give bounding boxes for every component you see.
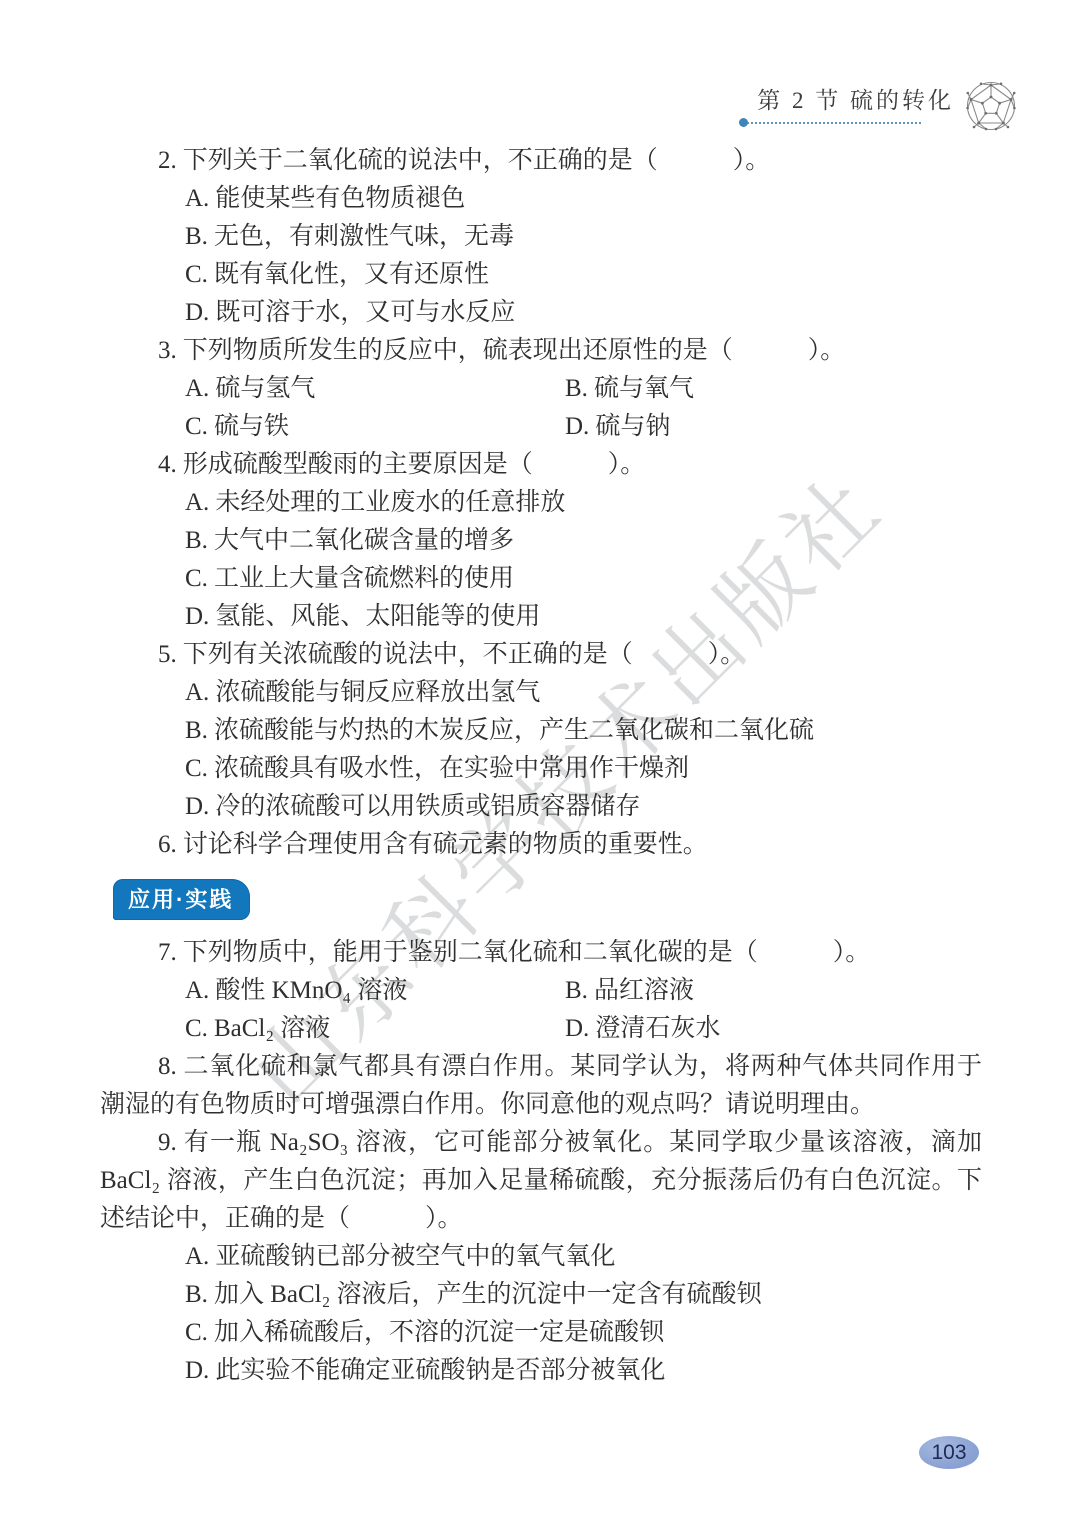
option-label: C. (185, 1319, 208, 1346)
option-label: C. (185, 1015, 208, 1042)
option: A.亚硫酸钠已部分被空气中的氧气氧化 (100, 1238, 982, 1276)
option: A.浓硫酸能与铜反应释放出氢气 (100, 674, 982, 712)
option-label: A. (185, 185, 209, 212)
option-text: 能使某些有色物质褪色 (215, 185, 465, 212)
question-2: 2.下列关于二氧化硫的说法中，不正确的是（ ）。 A.能使某些有色物质褪色 B.… (100, 142, 982, 332)
question-number: 6. (158, 831, 177, 858)
option: D.氢能、风能、太阳能等的使用 (100, 598, 982, 636)
question-stem: 讨论科学合理使用含有硫元素的物质的重要性。 (183, 831, 708, 858)
option: A.酸性 KMnO₄ 溶液 (185, 972, 565, 1010)
question-stem: 下列物质中，能用于鉴别二氧化硫和二氧化碳的是（ ）。 (183, 939, 871, 966)
option: C.既有氧化性，又有还原性 (100, 256, 982, 294)
question-stem: 有一瓶 Na₂SO₃ 溶液，它可能部分被氧化。某同学取少量该溶液，滴加 BaCl… (100, 1129, 982, 1232)
practice-badge: 应用·实践 (113, 879, 250, 920)
option: B.硫与氧气 (565, 370, 982, 408)
question-stem: 形成硫酸型酸雨的主要原因是（ ）。 (183, 451, 646, 478)
option: D.冷的浓硫酸可以用铁质或铝质容器储存 (100, 788, 982, 826)
question-number: 5. (158, 641, 177, 668)
option-label: C. (185, 565, 208, 592)
option-text: 亚硫酸钠已部分被空气中的氧气氧化 (215, 1243, 615, 1270)
option: C.硫与铁 (185, 408, 565, 446)
question-5: 5.下列有关浓硫酸的说法中，不正确的是（ ）。 A.浓硫酸能与铜反应释放出氢气 … (100, 636, 982, 826)
question-stem: 下列有关浓硫酸的说法中，不正确的是（ ）。 (183, 641, 746, 668)
option-label: C. (185, 755, 208, 782)
option-label: B. (185, 1281, 208, 1308)
option: D.此实验不能确定亚硫酸钠是否部分被氧化 (100, 1352, 982, 1390)
option-text: 未经处理的工业废水的任意排放 (215, 489, 565, 516)
dotted-rule (743, 122, 921, 124)
question-8: 8.二氧化硫和氯气都具有漂白作用。某同学认为，将两种气体共同作用于潮湿的有色物质… (100, 1048, 982, 1124)
option-text: 硫与氧气 (594, 375, 694, 402)
question-4: 4.形成硫酸型酸雨的主要原因是（ ）。 A.未经处理的工业废水的任意排放 B.大… (100, 446, 982, 636)
option-text: 浓硫酸能与灼热的木炭反应，产生二氧化碳和二氧化硫 (214, 717, 814, 744)
option-text: 冷的浓硫酸可以用铁质或铝质容器储存 (215, 793, 640, 820)
question-6: 6.讨论科学合理使用含有硫元素的物质的重要性。 (100, 826, 982, 864)
option-label: B. (185, 223, 208, 250)
question-3: 3.下列物质所发生的反应中，硫表现出还原性的是（ ）。 A.硫与氢气 B.硫与氧… (100, 332, 982, 446)
option: B.无色，有刺激性气味，无毒 (100, 218, 982, 256)
option-text: 无色，有刺激性气味，无毒 (214, 223, 514, 250)
option-text: 既可溶于水，又可与水反应 (215, 299, 515, 326)
option-label: D. (185, 793, 209, 820)
page-header: 第 2 节 硫的转化 (757, 78, 1018, 134)
option-text: 硫与氢气 (215, 375, 315, 402)
question-number: 7. (158, 939, 177, 966)
option-text: 加入 BaCl₂ 溶液后，产生的沉淀中一定含有硫酸钡 (214, 1281, 762, 1308)
option-text: 既有氧化性，又有还原性 (214, 261, 489, 288)
option-text: 工业上大量含硫燃料的使用 (214, 565, 514, 592)
option-label: D. (565, 413, 589, 440)
option: A.硫与氢气 (185, 370, 565, 408)
option: D.硫与钠 (565, 408, 982, 446)
page-number: 103 (931, 1441, 966, 1465)
question-number: 8. (158, 1053, 177, 1080)
page-number-badge: 103 (919, 1436, 979, 1469)
option-label: C. (185, 413, 208, 440)
question-stem: 二氧化硫和氯气都具有漂白作用。某同学认为，将两种气体共同作用于潮湿的有色物质时可… (100, 1053, 982, 1118)
option-text: 大气中二氧化碳含量的增多 (214, 527, 514, 554)
option: D.澄清石灰水 (565, 1010, 982, 1048)
option: C.工业上大量含硫燃料的使用 (100, 560, 982, 598)
exercise-body: 2.下列关于二氧化硫的说法中，不正确的是（ ）。 A.能使某些有色物质褪色 B.… (100, 142, 982, 1390)
question-number: 3. (158, 337, 177, 364)
option-text: 澄清石灰水 (595, 1015, 720, 1042)
question-stem: 下列物质所发生的反应中，硫表现出还原性的是（ ）。 (183, 337, 846, 364)
option-label: D. (185, 603, 209, 630)
option: B.浓硫酸能与灼热的木炭反应，产生二氧化碳和二氧化硫 (100, 712, 982, 750)
option-label: B. (565, 375, 588, 402)
option: C.BaCl₂ 溶液 (185, 1010, 565, 1048)
option-text: 浓硫酸能与铜反应释放出氢气 (215, 679, 540, 706)
option-label: C. (185, 261, 208, 288)
option: A.能使某些有色物质褪色 (100, 180, 982, 218)
option-label: D. (185, 1357, 209, 1384)
option-label: B. (185, 717, 208, 744)
question-number: 4. (158, 451, 177, 478)
option-text: 硫与钠 (595, 413, 670, 440)
option: C.加入稀硫酸后，不溶的沉淀一定是硫酸钡 (100, 1314, 982, 1352)
question-9: 9.有一瓶 Na₂SO₃ 溶液，它可能部分被氧化。某同学取少量该溶液，滴加 Ba… (100, 1124, 982, 1390)
option-text: 浓硫酸具有吸水性，在实验中常用作干燥剂 (214, 755, 689, 782)
option-label: D. (185, 299, 209, 326)
option-label: D. (565, 1015, 589, 1042)
question-7: 7.下列物质中，能用于鉴别二氧化硫和二氧化碳的是（ ）。 A.酸性 KMnO₄ … (100, 934, 982, 1048)
question-stem: 下列关于二氧化硫的说法中，不正确的是（ ）。 (183, 147, 771, 174)
option-label: A. (185, 1243, 209, 1270)
option-label: A. (185, 679, 209, 706)
option: B.大气中二氧化碳含量的增多 (100, 522, 982, 560)
option-text: 加入稀硫酸后，不溶的沉淀一定是硫酸钡 (214, 1319, 664, 1346)
option-text: 品红溶液 (594, 977, 694, 1004)
question-number: 2. (158, 147, 177, 174)
option-text: BaCl₂ 溶液 (214, 1015, 330, 1042)
option-label: A. (185, 489, 209, 516)
option-label: B. (185, 527, 208, 554)
fullerene-molecule-icon (964, 78, 1018, 134)
rule-dot (739, 118, 748, 127)
question-number: 9. (158, 1129, 177, 1156)
option: B.品红溶液 (565, 972, 982, 1010)
option-text: 硫与铁 (214, 413, 289, 440)
option-text: 氢能、风能、太阳能等的使用 (215, 603, 540, 630)
option-label: A. (185, 977, 209, 1004)
option-text: 酸性 KMnO₄ 溶液 (215, 977, 407, 1004)
section-title: 第 2 节 硫的转化 (757, 82, 954, 115)
option: A.未经处理的工业废水的任意排放 (100, 484, 982, 522)
option: D.既可溶于水，又可与水反应 (100, 294, 982, 332)
option-label: A. (185, 375, 209, 402)
option: C.浓硫酸具有吸水性，在实验中常用作干燥剂 (100, 750, 982, 788)
option-label: B. (565, 977, 588, 1004)
option: B.加入 BaCl₂ 溶液后，产生的沉淀中一定含有硫酸钡 (100, 1276, 982, 1314)
option-text: 此实验不能确定亚硫酸钠是否部分被氧化 (215, 1357, 665, 1384)
